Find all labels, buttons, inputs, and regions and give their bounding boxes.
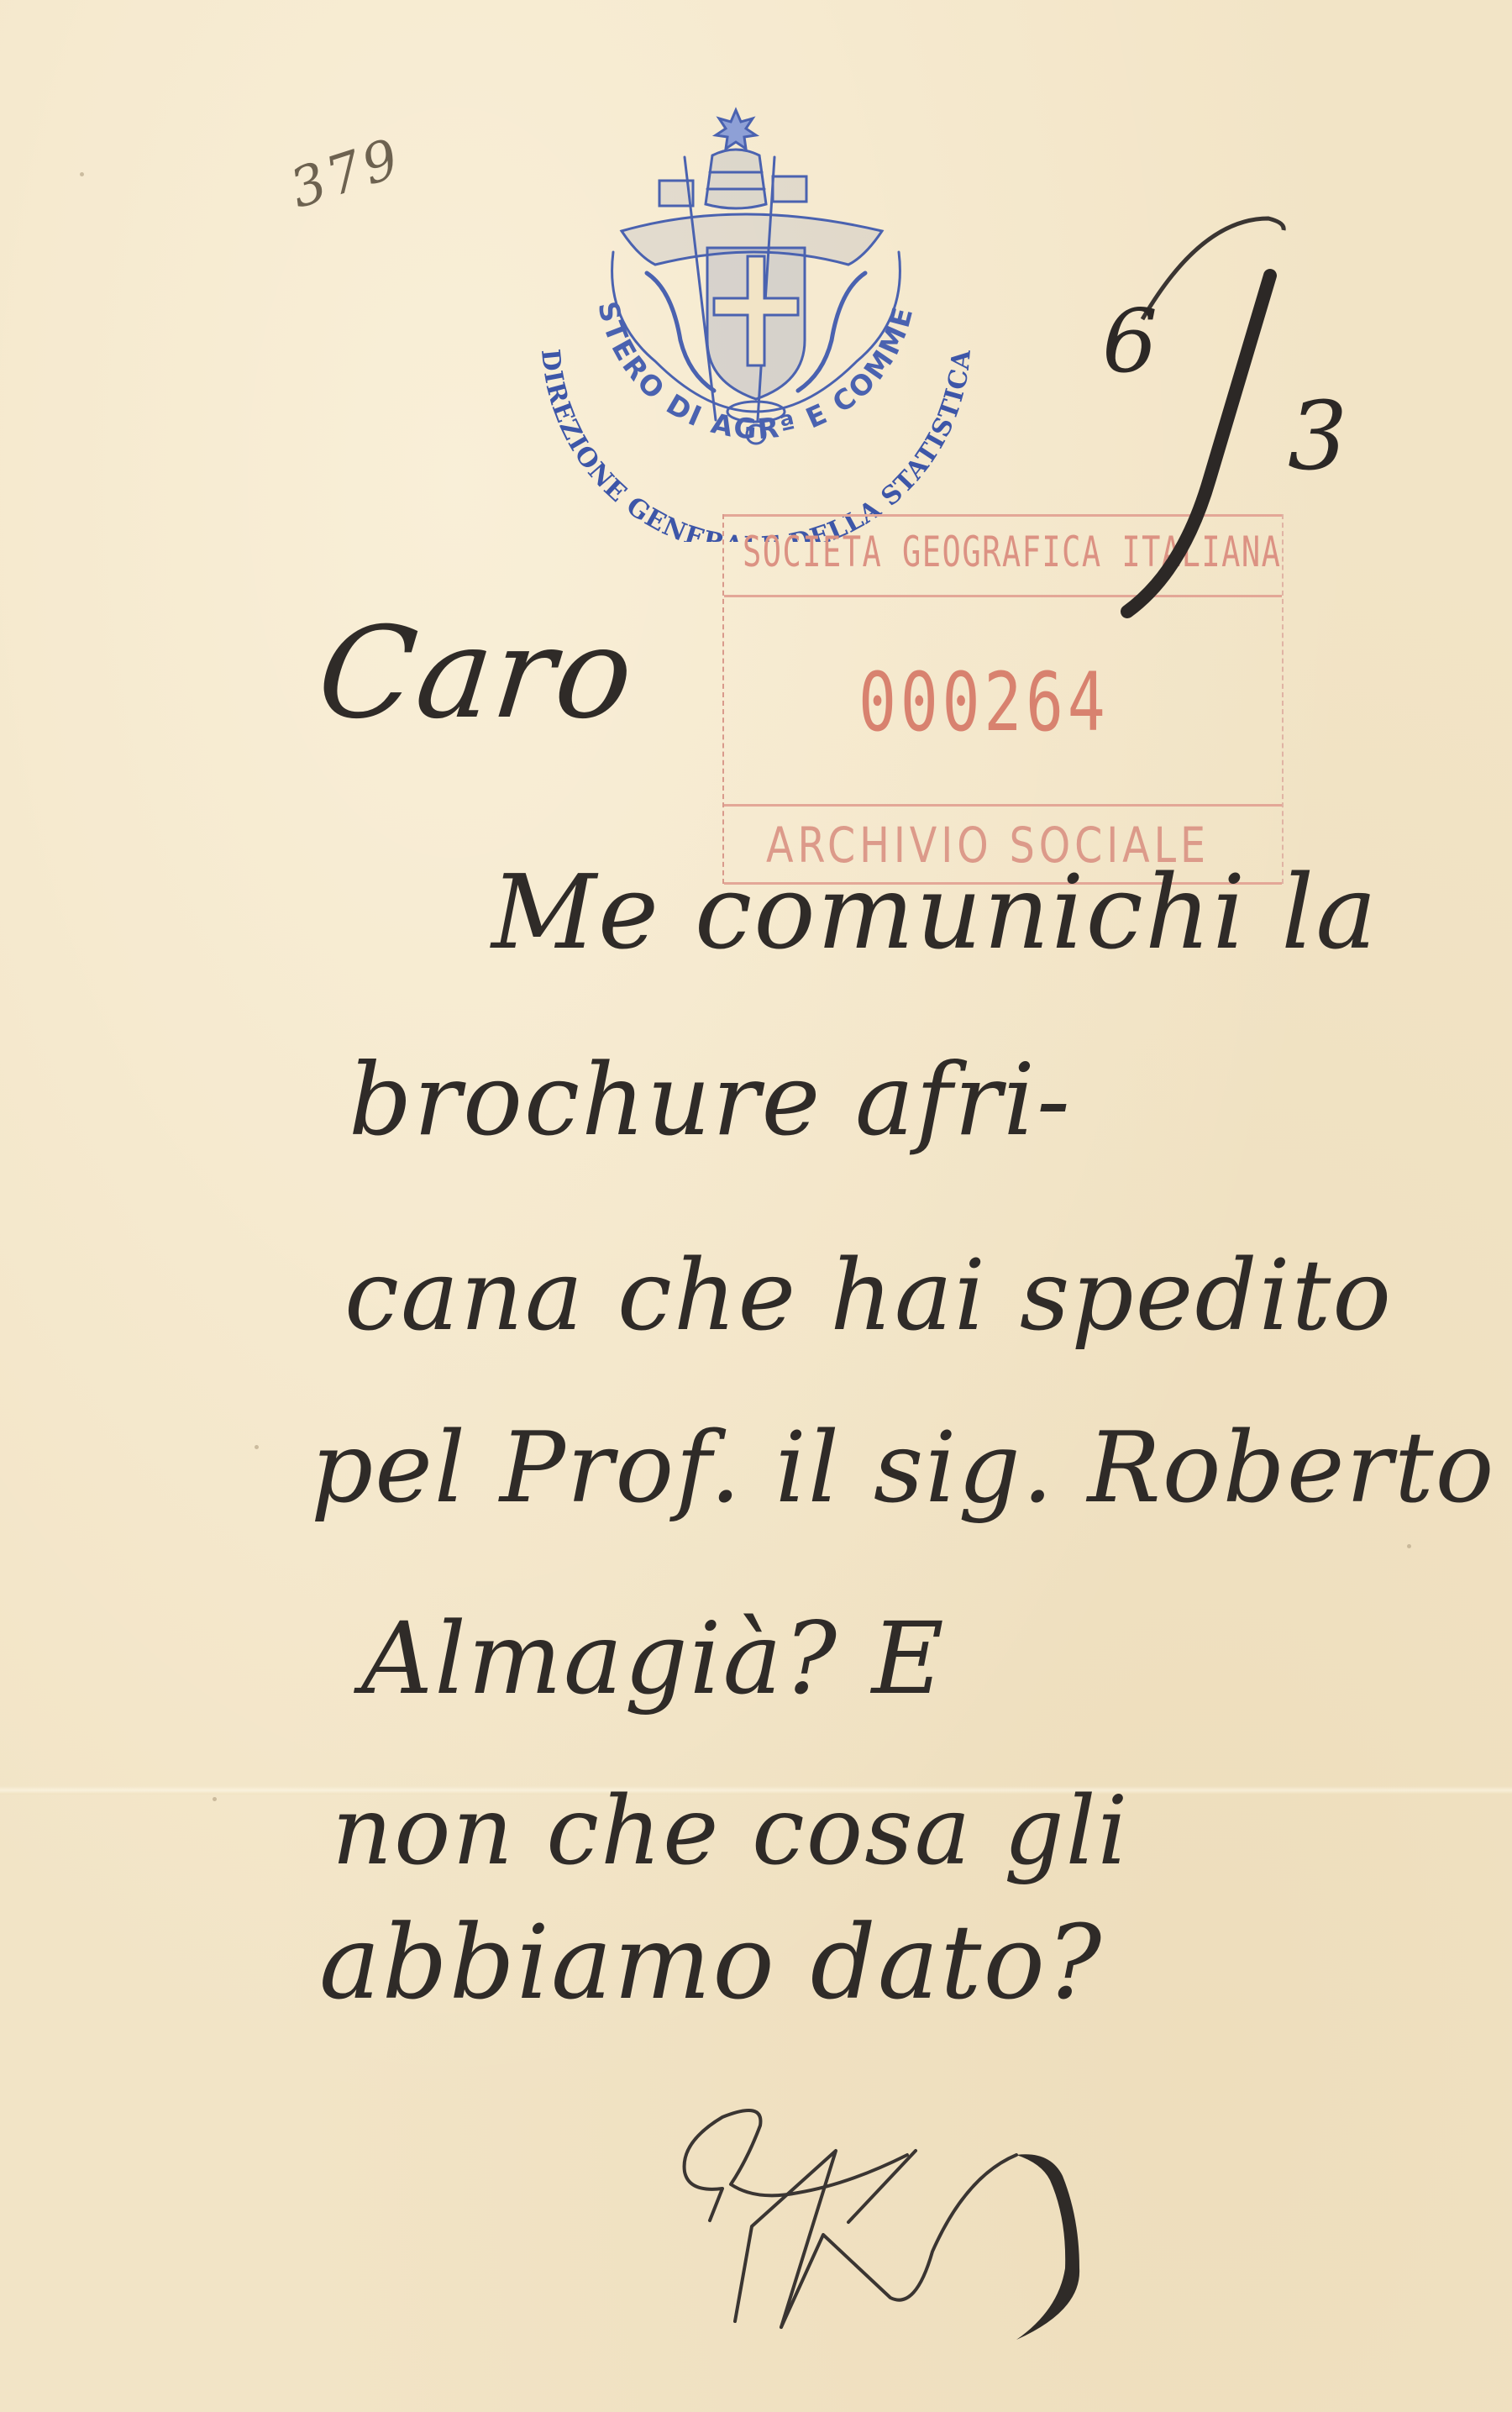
folio-slash-icon — [1084, 202, 1394, 622]
letter-line: Me comunichi la — [491, 853, 1378, 972]
letter-line: Almagià? E — [361, 1600, 946, 1716]
paper-speck — [255, 1445, 259, 1449]
letter-line: cana che hai spedito — [344, 1239, 1393, 1353]
letter-line: non che cosa gli — [332, 1777, 1129, 1886]
letter-line: brochure afri- — [349, 1042, 1072, 1158]
folio-denominator: 3 — [1288, 382, 1347, 491]
letterhead-crest: MINISTERO DI AGRª E COMMERCIO DIREZIONE … — [521, 105, 991, 542]
stamp-society-name: SOCIETA GEOGRAFICA ITALIANA — [743, 528, 1134, 576]
letter-salutation: Caro — [312, 601, 642, 747]
letter-line: abbiamo dato? — [319, 1903, 1103, 2022]
letter-line: pel Prof. il sig. Roberto — [311, 1411, 1495, 1525]
folio-numerator: 6 — [1102, 290, 1158, 392]
paper-speck — [80, 172, 84, 176]
folio-mark: 6 3 — [1084, 202, 1394, 622]
stamp-archive-number: 000264 — [858, 655, 1110, 749]
coat-of-arms-icon: MINISTERO DI AGRª E COMMERCIO DIREZIONE … — [521, 105, 991, 542]
signature-scrawl-icon — [655, 2084, 1092, 2369]
stamp-rule — [724, 804, 1282, 807]
paper-speck — [213, 1797, 217, 1801]
paper-speck — [1407, 1544, 1411, 1548]
letter-signature — [655, 2084, 1092, 2369]
